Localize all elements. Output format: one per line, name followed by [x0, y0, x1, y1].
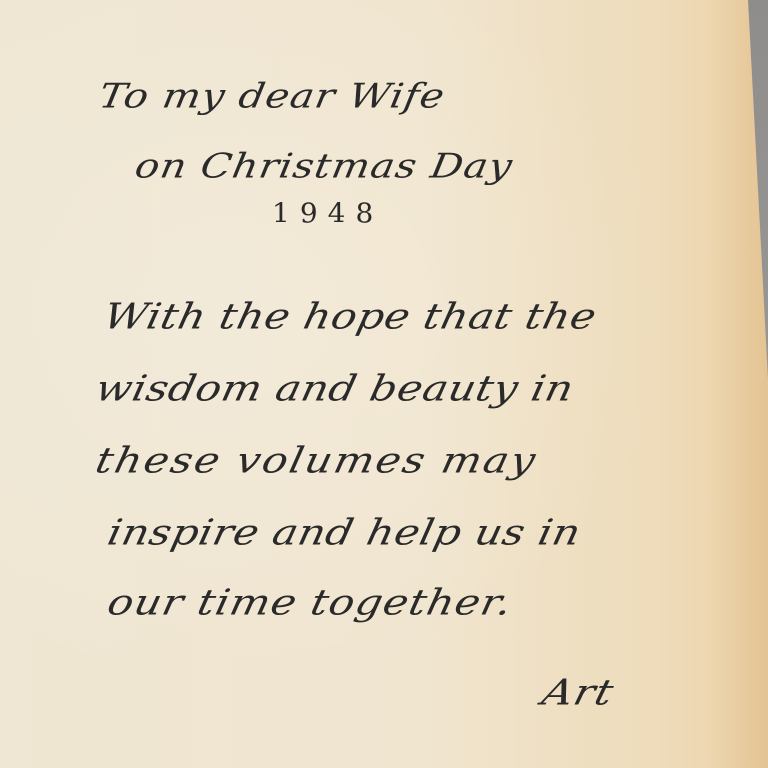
inscription-body-line: wisdom and beauty in — [92, 367, 578, 409]
inscription-body-line: our time together. — [104, 581, 516, 623]
book-page: To my dear Wife on Christmas Day 1948 Wi… — [0, 0, 768, 768]
inscription-body-line: With the hope that the — [100, 295, 601, 337]
inscription-body-line: these volumes may — [92, 439, 541, 481]
inscription-year: 1948 — [272, 198, 383, 229]
inscription-salutation: To my dear Wife — [96, 77, 448, 116]
inscription-body-line: inspire and help us in — [104, 511, 585, 553]
inscription-signature: Art — [538, 671, 619, 713]
inscription-occasion: on Christmas Day — [132, 147, 516, 186]
